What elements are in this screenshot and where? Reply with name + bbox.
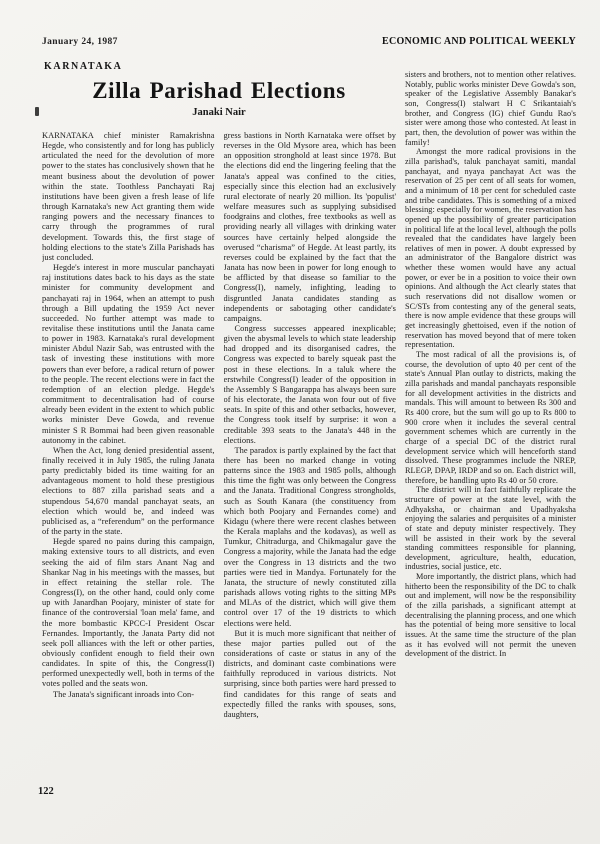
paragraph: sisters and brothers, not to mention oth… bbox=[405, 70, 576, 147]
paragraph: Hegde spared no pains during this campai… bbox=[42, 537, 215, 689]
paragraph: KARNATAKA chief minister Ramakrishna Heg… bbox=[42, 131, 215, 263]
scan-artifact-mark bbox=[35, 107, 39, 116]
text-column-2: gress bastions in North Karnataka were o… bbox=[224, 131, 397, 769]
paragraph: More importantly, the district plans, wh… bbox=[405, 572, 576, 659]
issue-date: January 24, 1987 bbox=[42, 37, 118, 47]
paragraph: The district will in fact faithfully rep… bbox=[405, 485, 576, 572]
left-column-pair: KARNATAKA chief minister Ramakrishna Heg… bbox=[42, 131, 396, 769]
paragraph: But it is much more significant that nei… bbox=[224, 629, 397, 720]
magazine-page: January 24, 1987 ECONOMIC AND POLITICAL … bbox=[0, 0, 600, 844]
section-label: KARNATAKA bbox=[44, 61, 396, 72]
paragraph: gress bastions in North Karnataka were o… bbox=[224, 131, 397, 324]
article-author: Janaki Nair bbox=[42, 107, 396, 118]
paragraph: When the Act, long denied presidential a… bbox=[42, 446, 215, 537]
paragraph: The paradox is partly explained by the f… bbox=[224, 446, 397, 629]
paragraph: The most radical of all the provisions i… bbox=[405, 350, 576, 485]
text-column-1: KARNATAKA chief minister Ramakrishna Heg… bbox=[42, 131, 215, 769]
article-title: Zilla Parishad Elections bbox=[42, 78, 396, 104]
page-number: 122 bbox=[38, 786, 54, 797]
headline-and-left-columns: KARNATAKA Zilla Parishad Elections Janak… bbox=[42, 55, 396, 786]
paragraph: The Janata's significant inroads into Co… bbox=[42, 690, 215, 700]
page-header: January 24, 1987 ECONOMIC AND POLITICAL … bbox=[42, 36, 576, 47]
paragraph: Congress successes appeared inexplicable… bbox=[224, 324, 397, 446]
article-body: KARNATAKA Zilla Parishad Elections Janak… bbox=[42, 55, 576, 786]
paragraph: Amongst the more radical provisions in t… bbox=[405, 147, 576, 350]
paragraph: Hegde's interest in more muscular pancha… bbox=[42, 263, 215, 446]
journal-title: ECONOMIC AND POLITICAL WEEKLY bbox=[382, 36, 576, 48]
text-column-3: sisters and brothers, not to mention oth… bbox=[405, 55, 576, 786]
